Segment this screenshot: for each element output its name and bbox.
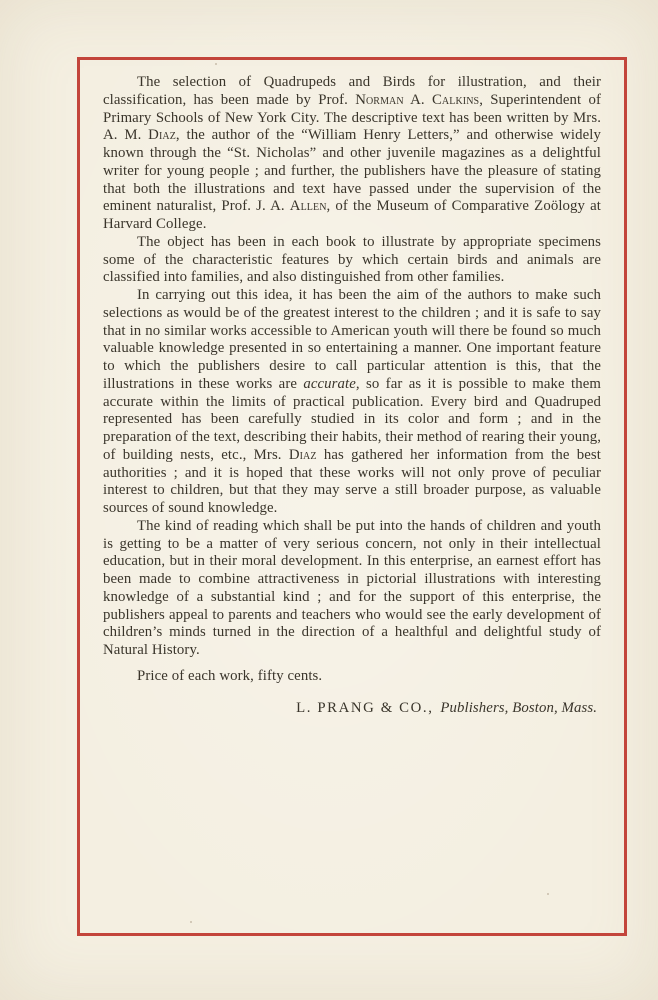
page-text: The selection of Quadrupeds and Birds fo… [103, 74, 601, 717]
publisher-name: L. PRANG & CO., [296, 700, 433, 716]
text-run: The kind of reading which shall be put i… [103, 518, 601, 658]
text-run: The object has been in each book to illu… [103, 234, 601, 286]
italic-text: accurate, [303, 376, 359, 392]
small-caps-name: Allen [290, 198, 327, 214]
paragraph-4: The kind of reading which shall be put i… [103, 518, 601, 660]
paragraph-3: In carrying out this idea, it has been t… [103, 287, 601, 518]
small-caps-name: Norman A. Calkins [355, 92, 479, 108]
price-line: Price of each work, fifty cents. [103, 668, 601, 686]
publisher-signature: L. PRANG & CO., Publishers, Boston, Mass… [103, 700, 601, 718]
publisher-role: Publishers, Boston, Mass. [437, 700, 597, 716]
small-caps-name: Diaz [148, 127, 176, 143]
paragraph-1: The selection of Quadrupeds and Birds fo… [103, 74, 601, 234]
book-page: The selection of Quadrupeds and Birds fo… [0, 0, 658, 1000]
body-paragraphs: The selection of Quadrupeds and Birds fo… [103, 74, 601, 660]
paragraph-2: The object has been in each book to illu… [103, 234, 601, 287]
small-caps-name: Diaz [289, 447, 317, 463]
